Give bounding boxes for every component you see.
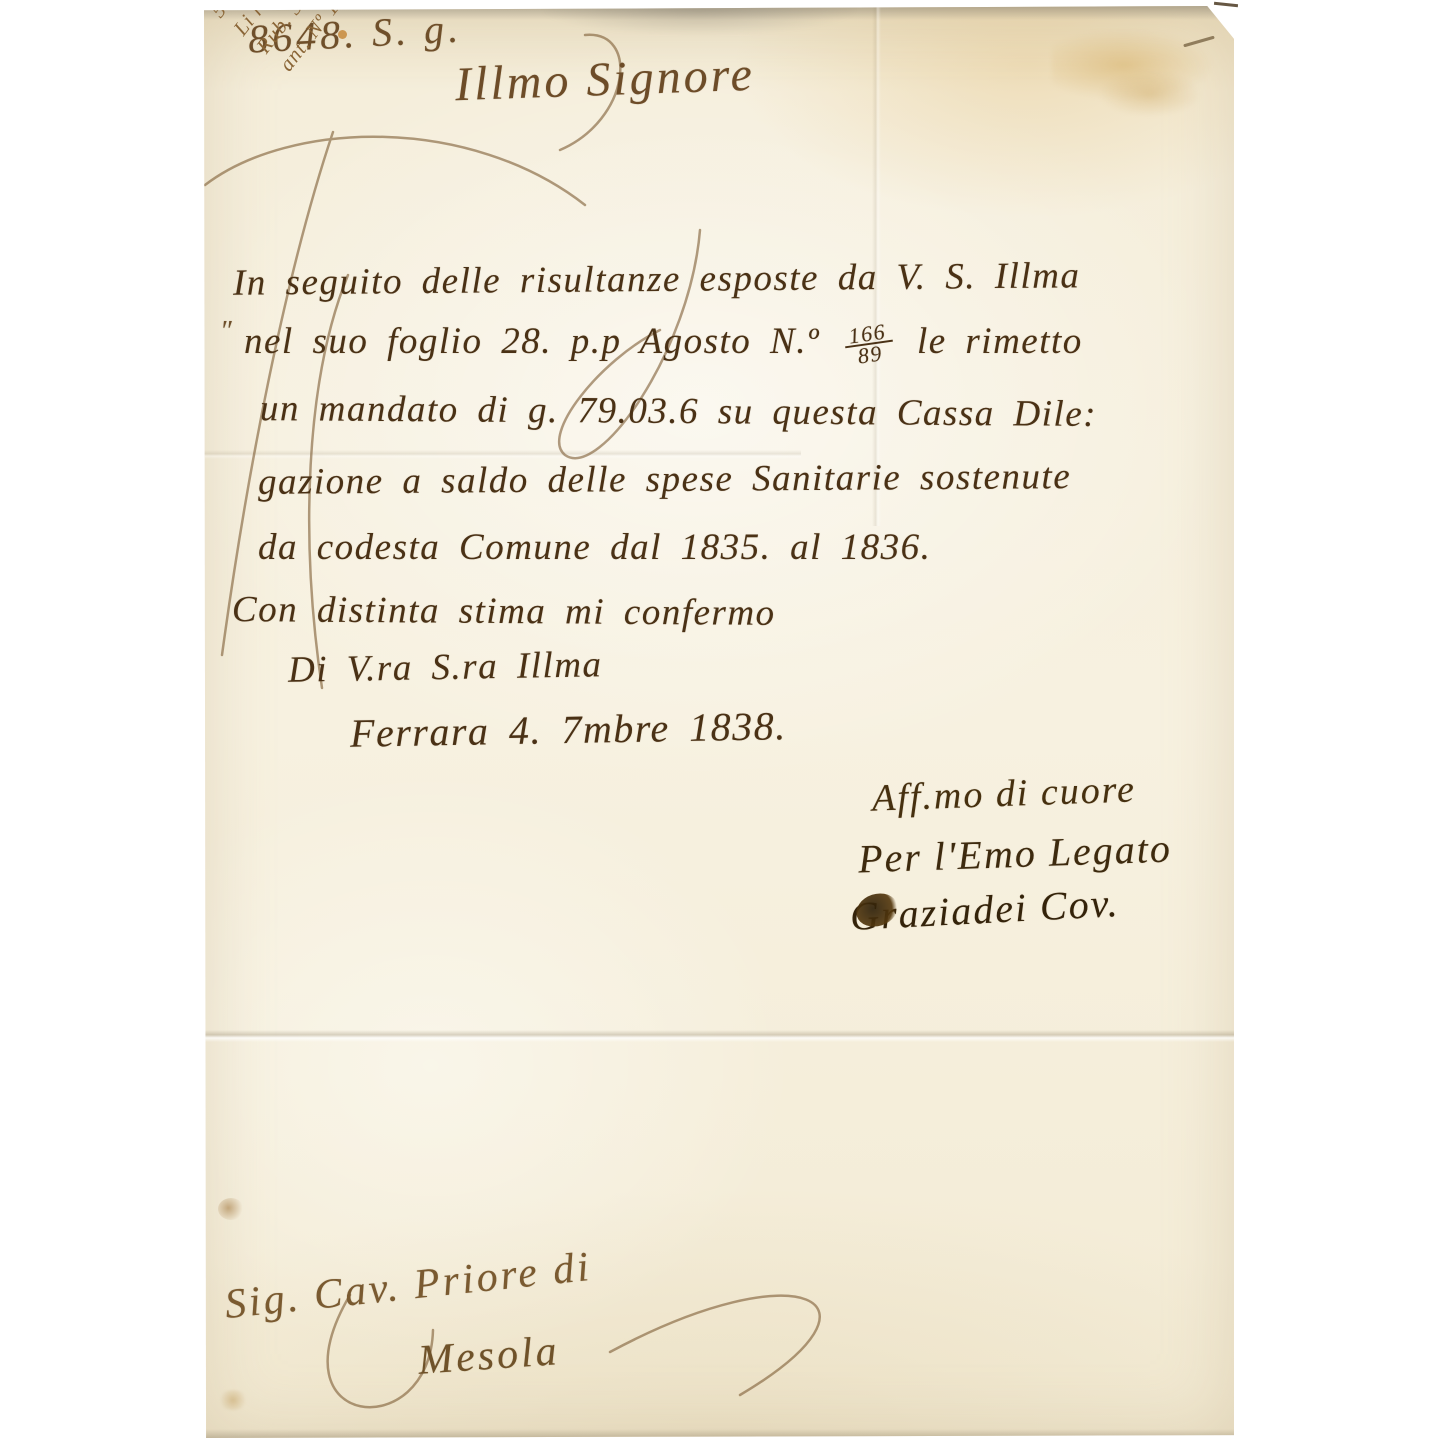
closing-line: Con distinta stima mi confermo <box>232 588 776 635</box>
body-line-2-prefix: nel suo foglio 28. p.p Agosto N.º <box>244 321 820 362</box>
body-line-4: gazione a saldo delle spese Sanitarie so… <box>258 455 1071 504</box>
body-line-2: nel suo foglio 28. p.p Agosto N.º 166 89… <box>244 320 1083 370</box>
body-line-1: In seguito delle risultanze esposte da V… <box>233 254 1081 304</box>
fold-crease-horizontal <box>204 1030 1234 1042</box>
folio-number-fraction: 166 89 <box>842 321 895 367</box>
address-line-2: Mesola <box>416 1327 561 1385</box>
paper-sheet: 8648. S. g. 543. Li requisiti Rub. 3ª Co… <box>204 6 1234 1438</box>
body-line-5: da codesta Comune dal 1835. al 1836. <box>258 526 931 569</box>
fraction-denominator: 89 <box>856 343 883 365</box>
ditto-mark: ″ <box>220 316 232 348</box>
smudge-top-center <box>544 6 854 34</box>
scan-background: 8648. S. g. 543. Li requisiti Rub. 3ª Co… <box>0 0 1445 1445</box>
body-line-3: un mandato di g. 79.03.6 su questa Cassa… <box>260 387 1097 436</box>
salutation: Illmo Signore <box>454 47 756 112</box>
addressee-line: Di V.ra S.ra Illma <box>288 643 603 691</box>
stain-top-right-secondary <box>1100 72 1200 116</box>
place-date-line: Ferrara 4. 7mbre 1838. <box>350 702 787 757</box>
stain-left-margin <box>218 1198 244 1220</box>
signature-line-2: Per l'Emo Legato <box>857 825 1172 883</box>
stain-bottom-left <box>218 1390 248 1410</box>
corner-pen-mark <box>1214 2 1238 7</box>
signature-line-1: Aff.mo di cuore <box>871 767 1136 820</box>
address-line-1: Sig. Cav. Priore di <box>223 1243 594 1329</box>
body-line-2-suffix: le rimetto <box>917 321 1083 362</box>
scan-shadow-bottom <box>204 1429 1234 1438</box>
